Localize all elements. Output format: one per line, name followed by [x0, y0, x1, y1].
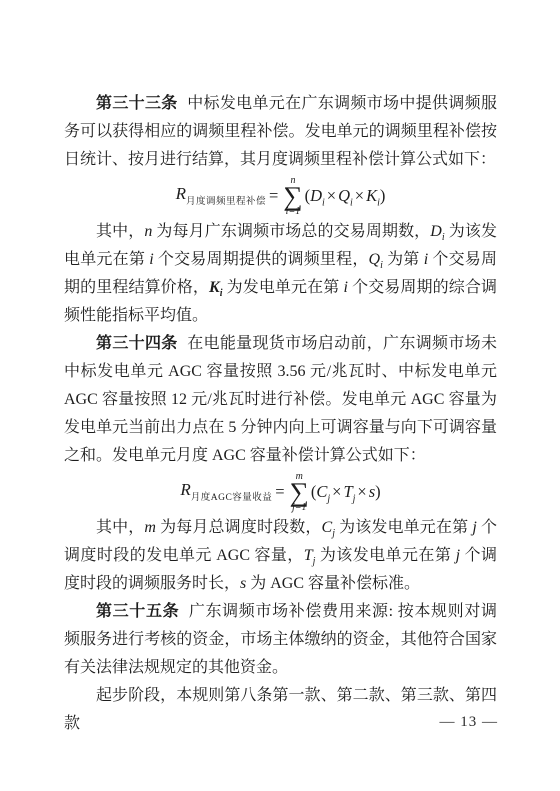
article-34-paragraph: 第三十四条在电能量现货市场启动前，广东调频市场未中标发电单元 AGC 容量按照 …	[64, 330, 497, 470]
variable-D: D	[310, 186, 322, 205]
closing-text: 起步阶段，本规则第八条第一款、第二款、第三款、第四款	[64, 687, 497, 732]
sigma-icon: ∑	[290, 481, 309, 503]
article-34-text: 在电能量现货市场启动前，广东调频市场未中标发电单元 AGC 容量按照 3.56 …	[64, 335, 497, 464]
close-paren: )	[380, 186, 386, 205]
subscript-j: j	[327, 493, 330, 504]
summation: n ∑ i=1	[283, 176, 302, 216]
formula-lhs-symbol: R	[176, 184, 186, 203]
formula-lhs-subscript: 月度AGC容量收益	[191, 493, 273, 503]
article-35-heading: 第三十五条	[96, 603, 179, 620]
mileage-variables-text: 其中，n 为每月广东调频市场总的交易周期数，Di 为该发电单元在第 i 个交易周…	[64, 223, 497, 324]
formula-lhs: R月度调频里程补偿	[176, 185, 266, 208]
document-page: 第三十三条中标发电单元在广东调频市场中提供调频服务可以获得相应的调频里程补偿。发…	[0, 0, 560, 791]
article-35-paragraph: 第三十五条广东调频市场补偿费用来源: 按本规则对调频服务进行考核的资金，市场主体…	[64, 598, 497, 682]
times-sign: ×	[355, 186, 364, 205]
agc-variables-text: 其中，m 为每月总调度时段数，Cj 为该发电单元在第 j 个调度时段的发电单元 …	[64, 519, 497, 592]
article-33-heading: 第三十三条	[96, 95, 178, 112]
closing-paragraph: 起步阶段，本规则第八条第一款、第二款、第三款、第四款	[64, 682, 497, 738]
summation-lower-limit: j=1	[292, 503, 307, 512]
variable-K: K	[366, 186, 377, 205]
article-33-paragraph: 第三十三条中标发电单元在广东调频市场中提供调频服务可以获得相应的调频里程补偿。发…	[64, 90, 497, 174]
formula-rhs: (Cj×Tj×s)	[311, 484, 381, 501]
document-content: 第三十三条中标发电单元在广东调频市场中提供调频服务可以获得相应的调频里程补偿。发…	[64, 90, 497, 738]
summation-lower-limit: i=1	[286, 207, 301, 216]
times-sign: ×	[332, 482, 341, 501]
times-sign: ×	[327, 186, 336, 205]
formula-lhs-subscript: 月度调频里程补偿	[186, 197, 266, 207]
variable-T: T	[343, 482, 352, 501]
formula-rhs: (Di×Qi×Ki)	[305, 188, 386, 205]
times-sign: ×	[357, 482, 366, 501]
article-34-heading: 第三十四条	[96, 335, 178, 352]
variable-C: C	[316, 482, 327, 501]
page-number: — 13 —	[440, 714, 499, 731]
equals-sign: =	[269, 188, 278, 205]
equals-sign: =	[275, 484, 284, 501]
subscript-i: i	[322, 197, 325, 208]
formula-lhs-symbol: R	[180, 480, 190, 499]
agc-variables-paragraph: 其中，m 为每月总调度时段数，Cj 为该发电单元在第 j 个调度时段的发电单元 …	[64, 514, 497, 598]
variable-Q: Q	[338, 186, 350, 205]
mileage-variables-paragraph: 其中，n 为每月广东调频市场总的交易周期数，Di 为该发电单元在第 i 个交易周…	[64, 218, 497, 330]
summation: m ∑ j=1	[290, 472, 309, 512]
close-paren: )	[375, 482, 381, 501]
sigma-icon: ∑	[283, 185, 302, 207]
subscript-i: i	[350, 197, 353, 208]
formula-monthly-mileage-compensation: R月度调频里程补偿 = n ∑ i=1 (Di×Qi×Ki)	[64, 174, 497, 218]
subscript-j: j	[353, 493, 356, 504]
formula-lhs: R月度AGC容量收益	[180, 481, 272, 504]
formula-monthly-agc-capacity-income: R月度AGC容量收益 = m ∑ j=1 (Cj×Tj×s)	[64, 470, 497, 514]
